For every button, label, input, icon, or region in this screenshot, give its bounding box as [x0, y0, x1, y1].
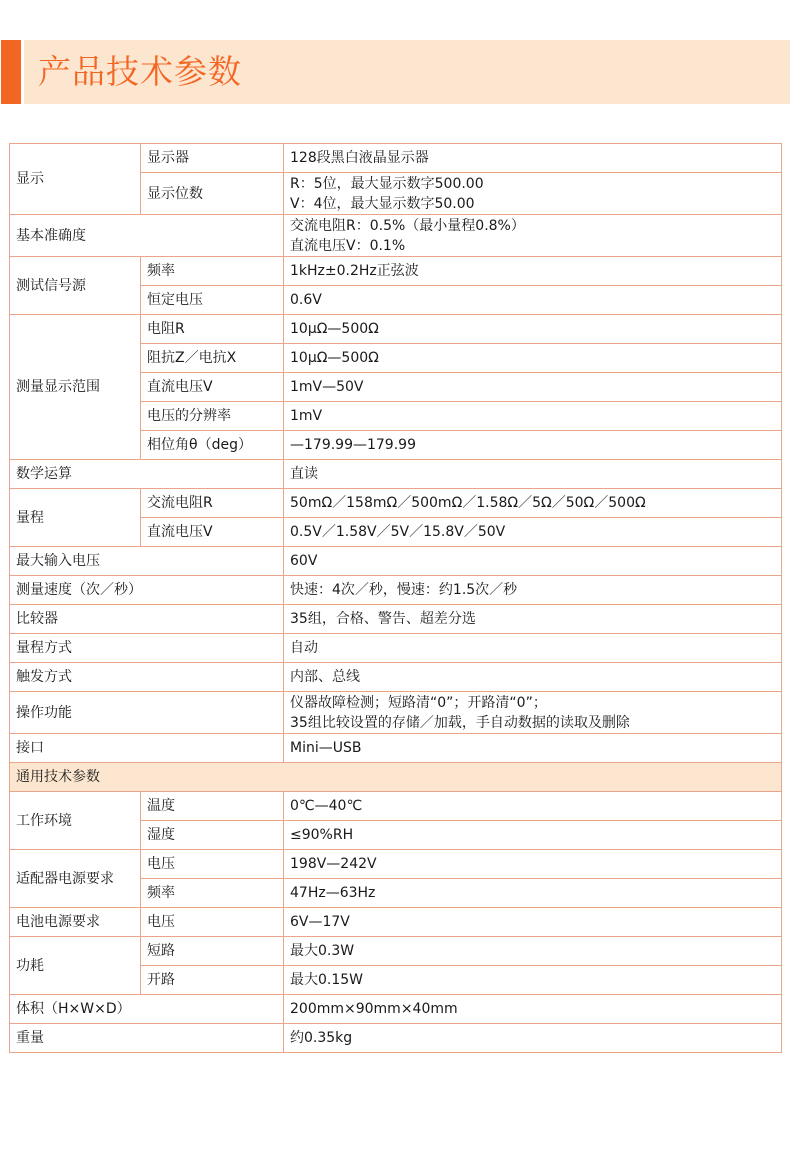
row-label: 测量速度（次／秒）: [10, 576, 284, 605]
header-accent-bar: [1, 40, 21, 104]
spec-value: R：5位，最大显示数字500.00 V：4位，最大显示数字50.00: [284, 173, 782, 215]
spec-value: 1kHz±0.2Hz正弦波: [284, 257, 782, 286]
section-heading: 通用技术参数: [10, 763, 782, 792]
spec-value: 1mV: [284, 402, 782, 431]
row-label: 接口: [10, 734, 284, 763]
spec-value: 6V—17V: [284, 908, 782, 937]
sub-label: 阻抗Z／电抗X: [141, 344, 284, 373]
sub-label: 恒定电压: [141, 286, 284, 315]
sub-label: 电压: [141, 850, 284, 879]
sub-label: 直流电压V: [141, 518, 284, 547]
sub-label: 相位角θ（deg）: [141, 431, 284, 460]
table-row: 数学运算 直读: [10, 460, 782, 489]
row-label: 基本准确度: [10, 215, 284, 257]
row-label: 触发方式: [10, 663, 284, 692]
value-line: R：5位，最大显示数字500.00: [290, 174, 775, 194]
spec-value: 最大0.3W: [284, 937, 782, 966]
spec-value: 快速：4次／秒，慢速：约1.5次／秒: [284, 576, 782, 605]
table-row: 比较器 35组，合格、警告、超差分选: [10, 605, 782, 634]
sub-label: 直流电压V: [141, 373, 284, 402]
table-row: 显示 显示器 128段黑白液晶显示器: [10, 144, 782, 173]
spec-value: 交流电阻R：0.5%（最小量程0.8%） 直流电压V：0.1%: [284, 215, 782, 257]
table-row: 功耗 短路 最大0.3W: [10, 937, 782, 966]
table-row: 基本准确度 交流电阻R：0.5%（最小量程0.8%） 直流电压V：0.1%: [10, 215, 782, 257]
table-row: 最大输入电压 60V: [10, 547, 782, 576]
row-label: 重量: [10, 1024, 284, 1053]
row-label: 数学运算: [10, 460, 284, 489]
spec-value: 47Hz—63Hz: [284, 879, 782, 908]
spec-value: 128段黑白液晶显示器: [284, 144, 782, 173]
value-line: 35组比较设置的存储／加载，手自动数据的读取及删除: [290, 713, 775, 733]
sub-label: 频率: [141, 879, 284, 908]
sub-label: 显示位数: [141, 173, 284, 215]
spec-value: 1mV—50V: [284, 373, 782, 402]
table-row: 量程 交流电阻R 50mΩ／158mΩ／500mΩ／1.58Ω／5Ω／50Ω／5…: [10, 489, 782, 518]
sub-label: 电压: [141, 908, 284, 937]
spec-value: 0.5V／1.58V／5V／15.8V／50V: [284, 518, 782, 547]
sub-label: 电阻R: [141, 315, 284, 344]
spec-table: 显示 显示器 128段黑白液晶显示器 显示位数 R：5位，最大显示数字500.0…: [9, 143, 782, 1053]
table-row: 体积（H×W×D） 200mm×90mm×40mm: [10, 995, 782, 1024]
spec-value: 0℃—40℃: [284, 792, 782, 821]
sub-label: 开路: [141, 966, 284, 995]
spec-value: 直读: [284, 460, 782, 489]
row-label: 体积（H×W×D）: [10, 995, 284, 1024]
section-row: 通用技术参数: [10, 763, 782, 792]
row-label: 电池电源要求: [10, 908, 141, 937]
row-label: 显示: [10, 144, 141, 215]
sub-label: 频率: [141, 257, 284, 286]
row-label: 适配器电源要求: [10, 850, 141, 908]
table-row: 电池电源要求 电压 6V—17V: [10, 908, 782, 937]
value-line: V：4位，最大显示数字50.00: [290, 194, 775, 214]
table-row: 接口 Mini—USB: [10, 734, 782, 763]
spec-value: 60V: [284, 547, 782, 576]
spec-value: Mini—USB: [284, 734, 782, 763]
page-title: 产品技术参数: [38, 50, 242, 94]
table-row: 量程方式 自动: [10, 634, 782, 663]
spec-value: 最大0.15W: [284, 966, 782, 995]
row-label: 比较器: [10, 605, 284, 634]
spec-value: 35组，合格、警告、超差分选: [284, 605, 782, 634]
table-row: 测量显示范围 电阻R 10μΩ—500Ω: [10, 315, 782, 344]
table-row: 操作功能 仪器故障检测；短路清“0”；开路清“0”； 35组比较设置的存储／加载…: [10, 692, 782, 734]
value-line: 仪器故障检测；短路清“0”；开路清“0”；: [290, 693, 775, 713]
value-line: 直流电压V：0.1%: [290, 236, 775, 256]
spec-value: 200mm×90mm×40mm: [284, 995, 782, 1024]
row-label: 最大输入电压: [10, 547, 284, 576]
section-header: 产品技术参数: [0, 40, 790, 104]
table-row: 工作环境 温度 0℃—40℃: [10, 792, 782, 821]
spec-value: 10μΩ—500Ω: [284, 315, 782, 344]
spec-value: 自动: [284, 634, 782, 663]
spec-value: ≤90%RH: [284, 821, 782, 850]
spec-value: 内部、总线: [284, 663, 782, 692]
row-label: 功耗: [10, 937, 141, 995]
spec-value: 约0.35kg: [284, 1024, 782, 1053]
table-row: 测试信号源 频率 1kHz±0.2Hz正弦波: [10, 257, 782, 286]
sub-label: 短路: [141, 937, 284, 966]
table-row: 重量 约0.35kg: [10, 1024, 782, 1053]
spec-value: 0.6V: [284, 286, 782, 315]
sub-label: 交流电阻R: [141, 489, 284, 518]
spec-value: —179.99—179.99: [284, 431, 782, 460]
sub-label: 湿度: [141, 821, 284, 850]
sub-label: 温度: [141, 792, 284, 821]
row-label: 工作环境: [10, 792, 141, 850]
spec-value: 198V—242V: [284, 850, 782, 879]
sub-label: 电压的分辨率: [141, 402, 284, 431]
spec-value: 10μΩ—500Ω: [284, 344, 782, 373]
spec-value: 仪器故障检测；短路清“0”；开路清“0”； 35组比较设置的存储／加载，手自动数…: [284, 692, 782, 734]
sub-label: 显示器: [141, 144, 284, 173]
row-label: 量程方式: [10, 634, 284, 663]
spec-value: 50mΩ／158mΩ／500mΩ／1.58Ω／5Ω／50Ω／500Ω: [284, 489, 782, 518]
value-line: 交流电阻R：0.5%（最小量程0.8%）: [290, 216, 775, 236]
row-label: 测量显示范围: [10, 315, 141, 460]
table-row: 适配器电源要求 电压 198V—242V: [10, 850, 782, 879]
row-label: 测试信号源: [10, 257, 141, 315]
table-row: 触发方式 内部、总线: [10, 663, 782, 692]
table-row: 测量速度（次／秒） 快速：4次／秒，慢速：约1.5次／秒: [10, 576, 782, 605]
row-label: 操作功能: [10, 692, 284, 734]
row-label: 量程: [10, 489, 141, 547]
